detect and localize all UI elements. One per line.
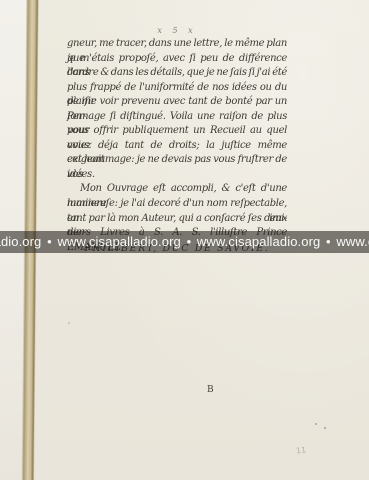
- text-line: lumineuſe: je l'ai decoré d'un nom reſpe…: [67, 197, 287, 212]
- text-line: l'ordre & dans les détails, que je ne ſa…: [67, 66, 287, 81]
- text-line: gneur, me tracer, dans une lettre, le mê…: [67, 37, 287, 52]
- text-line: aviez déja tant de droits; la juſtice mê…: [67, 139, 287, 154]
- text-line: je m'étais propoſé, avec ſi peu de diffé…: [67, 52, 287, 67]
- book-page-scan: x 5 x gneur, me tracer, dans une lettre,…: [0, 0, 369, 480]
- paper-fleck: [315, 423, 317, 425]
- paragraph-end-line: idées.: [67, 168, 287, 183]
- watermark-text: www.cisapalladio.org • www.cisapalladio.…: [0, 234, 369, 249]
- text-line: de me voir prevenu avec tant de bonté pa…: [67, 95, 287, 110]
- watermark-band: www.cisapalladio.org • www.cisapalladio.…: [0, 231, 369, 253]
- text-line: ſonnage ſi diſtingué. Voila une raiſon d…: [67, 110, 287, 125]
- paragraph-start-line: Mon Ouvrage eſt accompli, & c'eſt d'une …: [67, 182, 287, 197]
- text-line: cet hommage: je ne devais pas vous fruſt…: [67, 153, 287, 168]
- text-line: vous offrir publiquement un Recueil au q…: [67, 124, 287, 139]
- paper-fleck: [324, 427, 326, 429]
- text-line: tant par là mon Auteur, qui a conſacré ſ…: [67, 212, 287, 227]
- page-number-mark: x 5 x: [67, 26, 287, 35]
- signature-mark: B: [207, 385, 214, 395]
- pencil-annotation: 11: [296, 445, 307, 455]
- paper-fleck: [68, 322, 70, 324]
- text-block: gneur, me tracer, dans une lettre, le mê…: [67, 37, 287, 256]
- text-line: plus frappé de l'uniformité de nos idées…: [67, 81, 287, 96]
